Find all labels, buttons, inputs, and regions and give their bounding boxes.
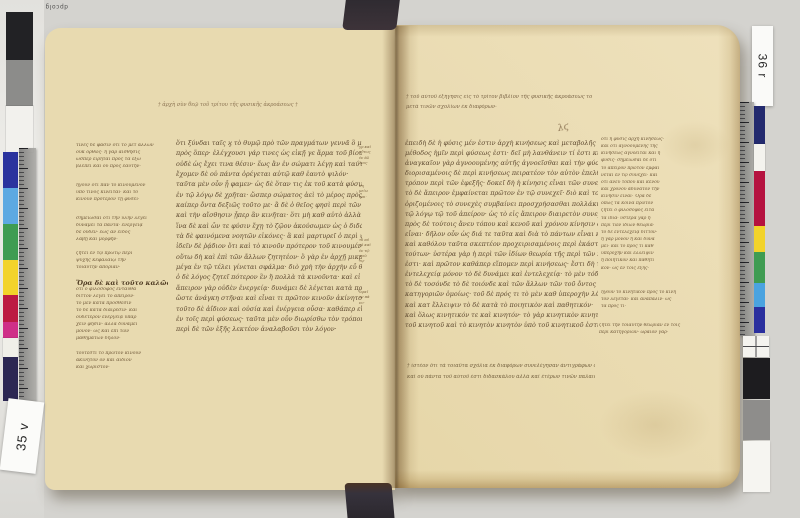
- color-patch-white: [3, 338, 18, 357]
- right-page-main-text: ἐπειδὴ δὲ ἡ φύσις μέν ἐστιν ἀρχὴ κινήσεω…: [405, 139, 598, 331]
- grayscale-patch-white: [6, 106, 33, 152]
- left-page-main-text: ὅτι ξύνδαι ταῖς ϗ τὸ θυμῷ πρὸ τῶν πραγμά…: [176, 139, 362, 336]
- left-margin-scholion: ζήτει ἐν τῷ πρώτῳ περὶψυχῆς κεφαλαίῳ τὴν…: [76, 251, 168, 272]
- grayscale-square-white: [743, 441, 770, 492]
- left-folio-label-text: 35 v: [13, 421, 31, 451]
- left-margin-scholion-large: Ὅρα δὲ καὶ τοῦτο καλῶς·ὅτι ὁ φιλόσοφος ἐ…: [76, 279, 168, 343]
- right-margin-note: ἤγουν τὸ κινητικὸν πρὸς τὸ κινητὸν λέγετ…: [601, 290, 699, 311]
- top-strap: [342, 0, 400, 30]
- right-folio-label-text: 36 r: [756, 54, 770, 79]
- color-patch-darknavy: [3, 357, 18, 401]
- color-patch-crimson: [754, 171, 765, 226]
- left-page-side-note: γρ καὶοὕτωςἐν ἄλλοις·: [359, 145, 393, 166]
- corner-annotation: dpcolg: [24, 0, 68, 10]
- bottom-strap: [344, 483, 394, 518]
- right-ruler: [740, 102, 754, 336]
- grayscale-patch-gray: [6, 60, 33, 106]
- left-margin-scholion: ἤγουν ὅτι πᾶν τὸ κινούμενονὑπό τινος κιν…: [76, 183, 168, 204]
- color-patch-blue: [754, 307, 765, 333]
- color-patch-navy: [754, 106, 765, 144]
- right-margin-scholia: ὅτι ἡ φύσις ἀρχὴ κινήσεως·καὶ ὅτι ἀγνοου…: [601, 137, 695, 273]
- color-patch-white: [754, 144, 765, 171]
- right-margin-note: ζήτει τὴν τοιαύτην θεωρίαν ἐν τοῖςπερὶ κ…: [599, 323, 697, 337]
- color-patch-yellow: [754, 226, 765, 252]
- left-margin-scholion: τινὲς δὲ φασὶν ὅτι τὸ μετ ἄλλωνοὐκ ὀρθῶς…: [76, 143, 168, 171]
- color-patch-green: [754, 252, 765, 283]
- registration-crosshair-icon: [743, 336, 769, 357]
- left-page-side-note: σημείωσαι·: [359, 184, 393, 200]
- grayscale-square-gray: [743, 400, 770, 440]
- grayscale-patch-black: [6, 12, 33, 60]
- left-ruler: [19, 148, 36, 408]
- color-patch-yellow: [3, 260, 18, 295]
- color-patch-magenta: [3, 322, 18, 338]
- left-page-header: † ἀρχὴ σὺν θεῷ τοῦ τρίτου τῆς φυσικῆς ἀκ…: [158, 101, 326, 109]
- right-page-footer-note: † ἰστέον ὅτι τὰ τοιαῦτα σχόλια ἐκ διαφόρ…: [407, 363, 595, 385]
- manuscript-photo: dpcolg † ἀρχὴ σὺν θεῷ τοῦ τρίτου τῆς φυσ…: [0, 0, 800, 518]
- right-page-header: † τοῦ αὐτοῦ ἐξήγησις εἰς τὸ τρίτον βιβλί…: [406, 94, 592, 114]
- left-page-side-note: τὸ αὐτὸ καὶἐν τῷπρώτῳ·: [359, 238, 393, 264]
- color-patch-green: [3, 224, 18, 260]
- right-folio-label: 36 r: [752, 26, 773, 106]
- color-patch-lightblue: [3, 188, 18, 224]
- color-patch-red: [3, 295, 18, 322]
- color-patch-blue: [3, 152, 18, 188]
- left-margin-scholion: τουτέστι τὸ πρῶτον κινοῦνἀκίνητον ὂν καὶ…: [76, 351, 168, 372]
- grayscale-square-black: [743, 358, 770, 399]
- left-margin-scholion: σημείωσαι ὅτι τὴν ὕλην λέγειδυνάμει τὰ π…: [76, 216, 168, 244]
- color-patch-lightblue: [754, 283, 765, 307]
- left-page-side-note: ὡραῖον πάνυ·: [359, 290, 393, 306]
